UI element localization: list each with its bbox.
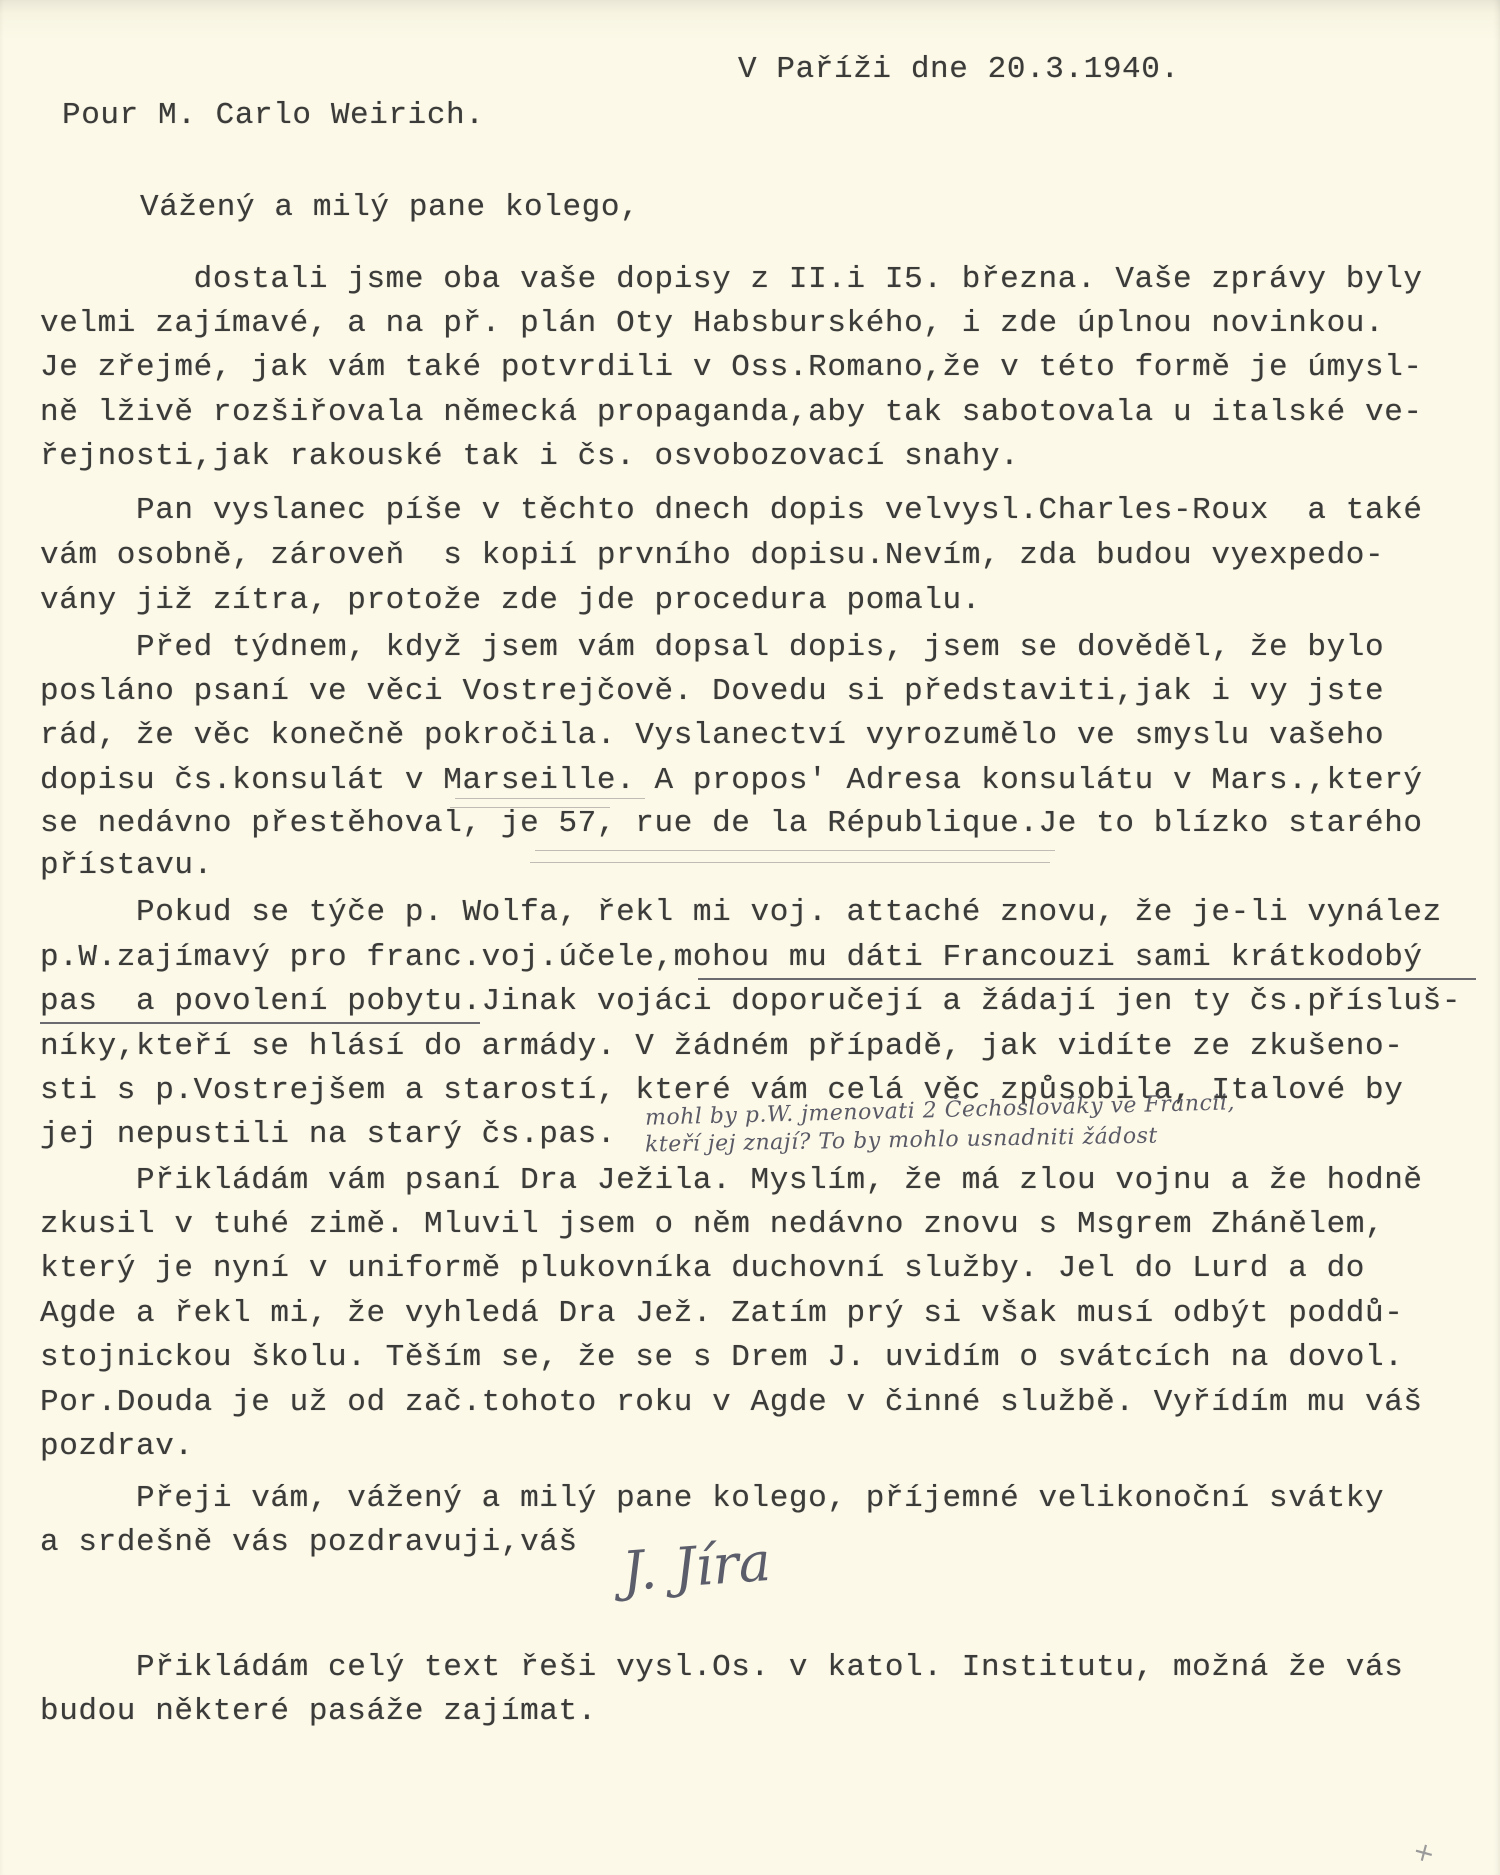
corner-mark: +: [1409, 1836, 1438, 1871]
signature: J. Jíra: [620, 1530, 773, 1603]
body-line: Před týdnem, když jsem vám dopsal dopis,…: [40, 630, 1384, 666]
body-line: dostali jsme oba vaše dopisy z II.i I5. …: [40, 262, 1423, 298]
addressee: Pour M. Carlo Weirich.: [62, 98, 484, 134]
body-line: Pan vyslanec píše v těchto dnech dopis v…: [40, 493, 1423, 529]
body-line: níky,kteří se hlásí do armády. V žádném …: [40, 1029, 1403, 1065]
pencil-underline: [450, 807, 610, 808]
body-line: Přikládám vám psaní Dra Ježila. Myslím, …: [40, 1163, 1423, 1199]
letter-page: V Paříži dne 20.3.1940. Pour M. Carlo We…: [0, 0, 1500, 1875]
postscript-line: budou některé pasáže zajímat.: [40, 1694, 597, 1730]
body-line: Pokud se týče p. Wolfa, řekl mi voj. att…: [40, 895, 1442, 931]
body-line: Přeji vám, vážený a milý pane kolego, př…: [40, 1481, 1384, 1517]
body-line: Agde a řekl mi, že vyhledá Dra Jež. Zatí…: [40, 1296, 1403, 1332]
body-line: p.W.zajímavý pro franc.voj.účele,mohou m…: [40, 940, 1423, 976]
ink-underline: [698, 978, 1476, 980]
body-line: Je zřejmé, jak vám také potvrdili v Oss.…: [40, 350, 1423, 386]
pencil-underline: [455, 798, 645, 799]
body-line: zkusil v tuhé zimě. Mluvil jsem o něm ne…: [40, 1207, 1384, 1243]
body-line: rád, že věc konečně pokročila. Vyslanect…: [40, 718, 1384, 754]
body-line: vám osobně, zároveň s kopií prvního dopi…: [40, 538, 1384, 574]
body-line: přístavu.: [40, 848, 213, 884]
body-line: jej nepustili na starý čs.pas.: [40, 1117, 616, 1153]
body-line: Por.Douda je už od zač.tohoto roku v Agd…: [40, 1385, 1423, 1421]
body-line: se nedávno přestěhoval, je 57, rue de la…: [40, 806, 1423, 842]
dateline: V Paříži dne 20.3.1940.: [738, 52, 1180, 88]
body-line: vány již zítra, protože zde jde procedur…: [40, 583, 981, 619]
pencil-underline: [530, 862, 1050, 863]
body-line: posláno psaní ve věci Vostrejčově. Doved…: [40, 674, 1384, 710]
body-line: a srdešně vás pozdravuji,váš: [40, 1525, 578, 1561]
body-line: pas a povolení pobytu.Jinak vojáci dopor…: [40, 984, 1461, 1020]
body-line: ně lživě rozšiřovala německá propaganda,…: [40, 395, 1423, 431]
salutation: Vážený a milý pane kolego,: [140, 190, 639, 226]
body-line: dopisu čs.konsulát v Marseille. A propos…: [40, 763, 1423, 799]
body-line: stojnickou školu. Těším se, že se s Drem…: [40, 1340, 1403, 1376]
body-line: který je nyní v uniformě plukovníka duch…: [40, 1251, 1365, 1287]
postscript-line: Přikládám celý text řeši vysl.Os. v kato…: [40, 1650, 1403, 1686]
body-line: řejnosti,jak rakouské tak i čs. osvobozo…: [40, 439, 1019, 475]
pencil-underline: [535, 850, 1055, 851]
body-line: velmi zajímavé, a na př. plán Oty Habsbu…: [40, 306, 1384, 342]
ink-underline: [40, 1022, 480, 1024]
body-line: pozdrav.: [40, 1429, 194, 1465]
